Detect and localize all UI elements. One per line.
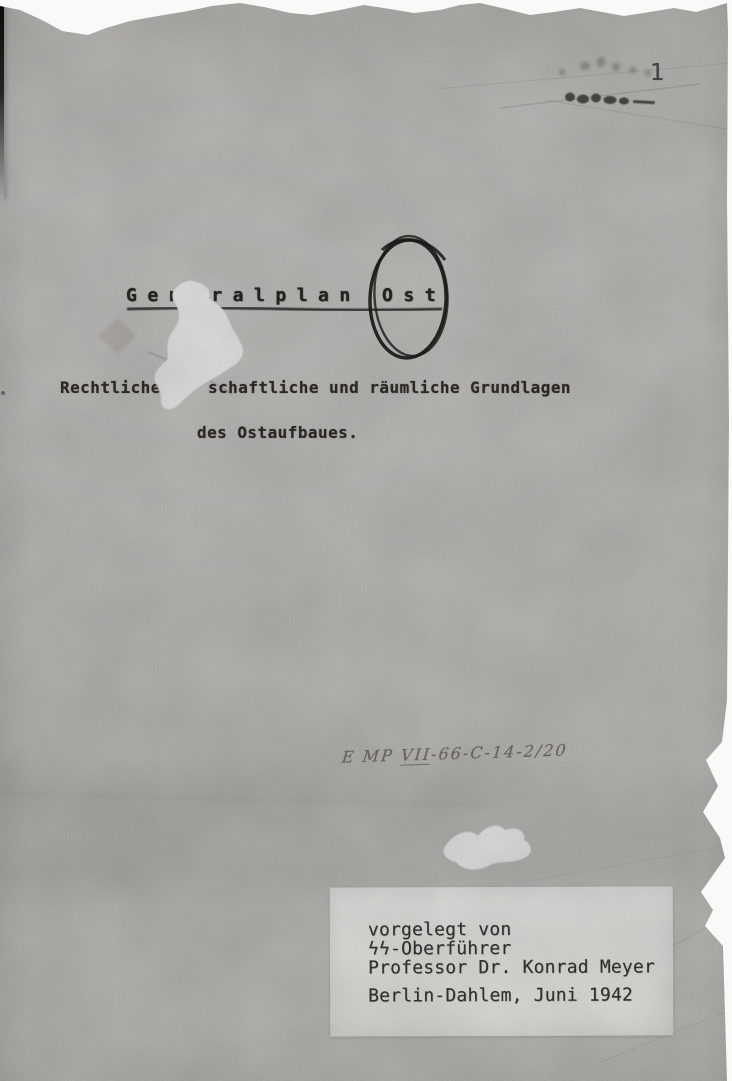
subtitle-line1-before-damage: Rechtliche,: [60, 379, 171, 397]
label-line-vorgelegt: vorgelegt von: [368, 919, 673, 939]
stamp-remnant-diamond: [98, 318, 136, 354]
archival-reference-prefix: E MP: [341, 746, 402, 767]
label-line-rank: ϟϟ-Oberführer: [368, 938, 673, 958]
archival-reference-roman-numeral: VII: [400, 745, 432, 766]
label-line-name: Professor Dr. Konrad Meyer: [368, 957, 673, 977]
document-title: Generalplan Ost: [126, 286, 446, 306]
paper-sheet: 1 Generalplan Ost Rechtliche, schaftlich…: [0, 0, 732, 1081]
subtitle-line1-after-damage: schaftliche und räumliche Grundlagen: [208, 379, 571, 397]
stamp-smudge: [500, 57, 732, 130]
archival-reference-suffix: -66-C-14-2/20: [430, 740, 568, 763]
archival-reference-handwriting: E MP VII-66-C-14-2/20: [341, 740, 568, 766]
label-line-place-date: Berlin-Dahlem, Juni 1942: [368, 985, 673, 1005]
attribution-label: vorgelegt von ϟϟ-Oberführer Professor Dr…: [330, 886, 674, 1036]
paper-crease: [520, 840, 732, 883]
paper-crease: [0, 792, 500, 807]
subtitle-line2: des Ostaufbaues.: [197, 424, 358, 442]
document-scan: 1 Generalplan Ost Rechtliche, schaftlich…: [0, 0, 732, 1081]
page-number: 1: [650, 60, 665, 86]
title-underline: [127, 308, 442, 310]
edge-speck: [1, 391, 5, 395]
damage-spot-middle: [444, 826, 531, 870]
scan-edge-shadow: [0, 4, 4, 199]
paper-crease: [440, 62, 732, 89]
